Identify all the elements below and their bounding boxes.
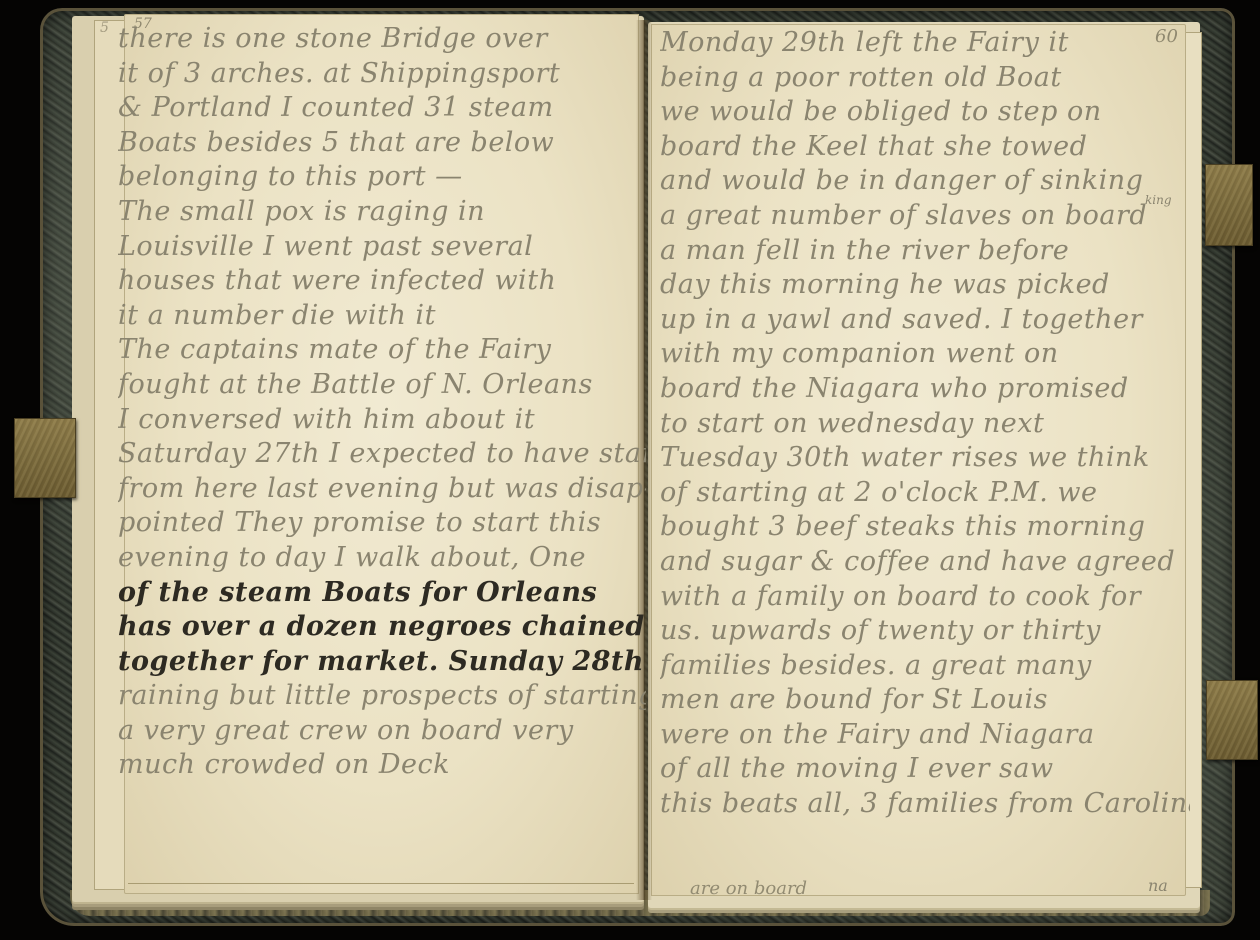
- text-line: with my companion went on: [660, 337, 1190, 372]
- text-line: and would be in danger of sinking: [660, 164, 1190, 199]
- text-line: us. upwards of twenty or thirty: [660, 614, 1190, 649]
- text-line: we would be obliged to step on: [660, 95, 1190, 130]
- text-line: from here last evening but was disap-: [118, 472, 646, 507]
- bottom-line-annotation: are on board: [690, 878, 807, 899]
- text-line: of starting at 2 o'clock P.M. we: [660, 476, 1190, 511]
- text-line: board the Keel that she towed: [660, 130, 1190, 165]
- text-line: men are bound for St Louis: [660, 683, 1190, 718]
- text-line: belonging to this port —: [118, 160, 646, 195]
- text-line-ink: of the steam Boats for Orleans: [118, 576, 646, 611]
- text-line: much crowded on Deck: [118, 748, 646, 783]
- text-line: and sugar & coffee and have agreed: [660, 545, 1190, 580]
- text-line: Boats besides 5 that are below: [118, 126, 646, 161]
- superscript-annotation: king: [1145, 193, 1172, 207]
- text-line: houses that were infected with: [118, 264, 646, 299]
- text-line: it a number die with it: [118, 299, 646, 334]
- text-line: up in a yawl and saved. I together: [660, 303, 1190, 338]
- text-line: families besides. a great many: [660, 649, 1190, 684]
- left-page-text: there is one stone Bridge over it of 3 a…: [118, 22, 646, 783]
- text-line: there is one stone Bridge over: [118, 22, 646, 57]
- text-line: Louisville I went past several: [118, 230, 646, 265]
- text-line: Saturday 27th I expected to have start: [118, 437, 646, 472]
- text-line-ink: together for market. Sunday 28th: [118, 645, 646, 680]
- previous-page-number: 5: [100, 20, 109, 36]
- text-line: fought at the Battle of N. Orleans: [118, 368, 646, 403]
- text-line: of all the moving I ever saw: [660, 752, 1190, 787]
- margin-annotation: na: [1148, 876, 1168, 895]
- left-clasp: [14, 418, 76, 498]
- text-line: evening to day I walk about, One: [118, 541, 646, 576]
- text-line: it of 3 arches. at Shippingsport: [118, 57, 646, 92]
- right-bottom-clasp: [1206, 680, 1258, 760]
- right-top-clasp: [1205, 164, 1253, 246]
- text-line: Monday 29th left the Fairy it: [660, 26, 1190, 61]
- text-line-ink: has over a dozen negroes chained: [118, 610, 646, 645]
- text-line: & Portland I counted 31 steam: [118, 91, 646, 126]
- text-line: board the Niagara who promised: [660, 372, 1190, 407]
- page-bottom-rule: [128, 883, 634, 884]
- text-line: bought 3 beef steaks this morning: [660, 510, 1190, 545]
- text-line: were on the Fairy and Niagara: [660, 718, 1190, 753]
- text-line: with a family on board to cook for: [660, 580, 1190, 615]
- text-line: The captains mate of the Fairy: [118, 333, 646, 368]
- text-line: The small pox is raging in: [118, 195, 646, 230]
- text-line: this beats all, 3 families from Carolina: [660, 787, 1190, 822]
- text-line: a man fell in the river before: [660, 234, 1190, 269]
- text-line: a great number of slaves on board: [660, 199, 1190, 234]
- text-line: Tuesday 30th water rises we think: [660, 441, 1190, 476]
- text-line: I conversed with him about it: [118, 403, 646, 438]
- text-line: pointed They promise to start this: [118, 506, 646, 541]
- text-line: day this morning he was picked: [660, 268, 1190, 303]
- text-line: raining but little prospects of starting: [118, 679, 646, 714]
- text-line: being a poor rotten old Boat: [660, 61, 1190, 96]
- text-line: a very great crew on board very: [118, 714, 646, 749]
- right-page-text: Monday 29th left the Fairy it being a po…: [660, 26, 1190, 822]
- text-line: to start on wednesday next: [660, 407, 1190, 442]
